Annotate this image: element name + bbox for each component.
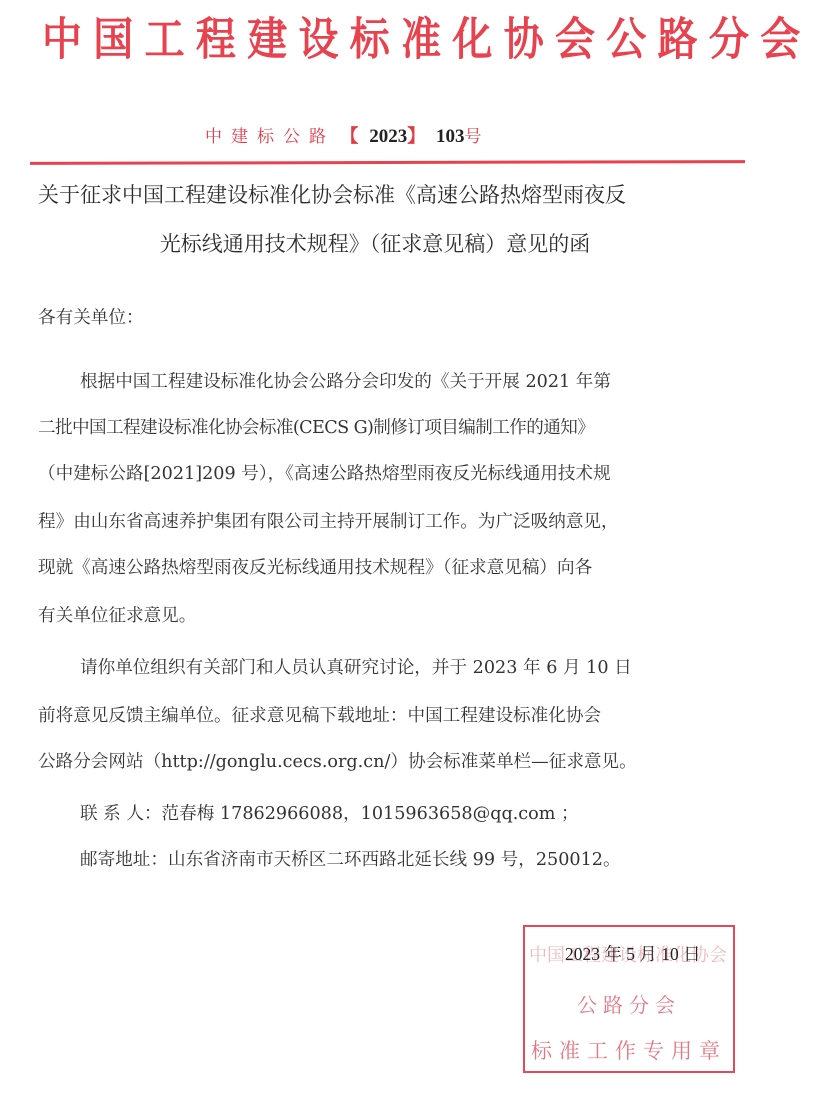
seal-branch: 公路分会 [577, 989, 681, 1018]
para2-line-1: 请你单位组织有关部门和人员认真研究讨论，并于 2023 年 6 月 10 日 [80, 654, 632, 679]
seal-purpose: 标准工作专用章 [531, 1035, 727, 1065]
doc-title-line-2: 光标线通用技术规程》（征求意见稿）意见的函 [0, 228, 750, 258]
para1-line-6: 有关单位征求意见。 [38, 602, 196, 627]
salutation: 各有关单位： [38, 304, 144, 329]
bracket-open: 【 [340, 126, 358, 147]
red-divider [30, 160, 745, 165]
doc-hao: 号 [465, 127, 482, 147]
official-seal: 中国工程建设标准化协会 公路分会 标准工作专用章 2023 年 5 月 10 日 [523, 925, 735, 1073]
doc-prefix: 中建标公路 [205, 127, 335, 147]
address-line: 邮寄地址：山东省济南市天桥区二环西路北延长线 99 号，250012。 [80, 846, 621, 871]
doc-title-line-1: 关于征求中国工程建设标准化协会标准《高速公路热熔型雨夜反 [38, 179, 814, 209]
contact-line: 联 系 人：范春梅 17862966088，1015963658@qq.com … [80, 800, 579, 825]
para2-line-3: 公路分会网站（http://gonglu.cecs.org.cn/）协会标准菜单… [38, 748, 637, 773]
issue-date: 2023 年 5 月 10 日 [565, 941, 701, 966]
org-masthead: 中国工程建设标准化协会公路分会 [0, 4, 814, 68]
para1-line-3: （中建标公路[2021]209 号），《高速公路热熔型雨夜反光标线通用技术规 [38, 460, 611, 485]
document-number: 中建标公路 【 2023】 103号 [205, 122, 482, 148]
para1-line-1: 根据中国工程建设标准化协会公路分会印发的《关于开展 2021 年第 [80, 368, 611, 393]
para1-line-5: 现就《高速公路热熔型雨夜反光标线通用技术规程》（征求意见稿）向各 [38, 554, 592, 579]
doc-year: 2023 [369, 126, 407, 147]
para2-line-2: 前将意见反馈主编单位。征求意见稿下载地址：中国工程建设标准化协会 [38, 702, 601, 727]
bracket-close: 】 [407, 126, 425, 147]
doc-number: 103 [436, 126, 465, 147]
para1-line-4: 程》由山东省高速养护集团有限公司主持开展制订工作。为广泛吸纳意见， [38, 508, 619, 533]
para1-line-2: 二批中国工程建设标准化协会标准(CECS G)制修订项目编制工作的通知》 [38, 414, 594, 439]
